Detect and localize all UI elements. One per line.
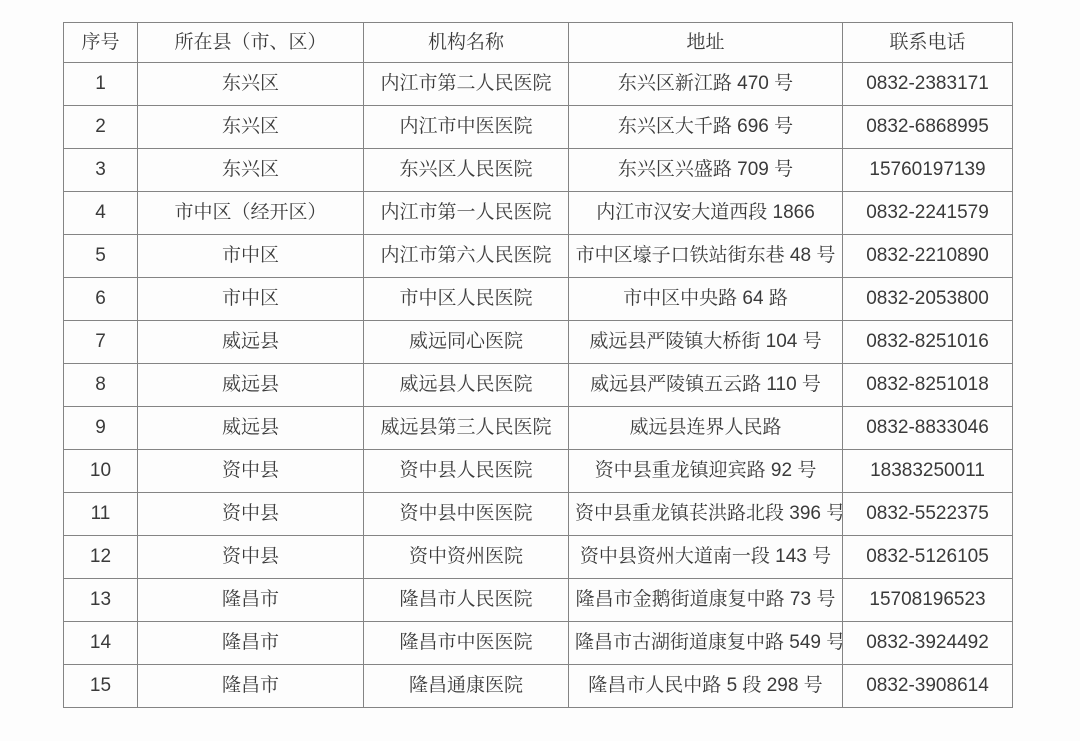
cell-address: 隆昌市古湖街道康复中路 549 号 (569, 622, 843, 665)
table-row: 4市中区（经开区）内江市第一人民医院内江市汉安大道西段 18660832-224… (64, 192, 1013, 235)
cell-county: 东兴区 (138, 149, 364, 192)
cell-phone: 0832-8251018 (843, 364, 1013, 407)
cell-institution: 隆昌市中医医院 (364, 622, 569, 665)
table-row: 9威远县威远县第三人民医院威远县连界人民路0832-8833046 (64, 407, 1013, 450)
cell-index: 9 (64, 407, 138, 450)
cell-phone: 0832-5522375 (843, 493, 1013, 536)
cell-institution: 资中县人民医院 (364, 450, 569, 493)
cell-address: 隆昌市金鹅街道康复中路 73 号 (569, 579, 843, 622)
cell-address: 资中县重龙镇苌洪路北段 396 号 (569, 493, 843, 536)
table-row: 8威远县威远县人民医院威远县严陵镇五云路 110 号0832-8251018 (64, 364, 1013, 407)
header-county: 所在县（市、区） (138, 23, 364, 63)
cell-address: 东兴区新江路 470 号 (569, 63, 843, 106)
cell-institution: 内江市第一人民医院 (364, 192, 569, 235)
cell-county: 资中县 (138, 493, 364, 536)
cell-county: 资中县 (138, 450, 364, 493)
cell-address: 隆昌市人民中路 5 段 298 号 (569, 665, 843, 708)
cell-address: 威远县连界人民路 (569, 407, 843, 450)
cell-phone: 0832-8833046 (843, 407, 1013, 450)
cell-index: 2 (64, 106, 138, 149)
table-row: 10资中县资中县人民医院资中县重龙镇迎宾路 92 号18383250011 (64, 450, 1013, 493)
table-header-row: 序号 所在县（市、区） 机构名称 地址 联系电话 (64, 23, 1013, 63)
table-row: 12资中县资中资州医院资中县资州大道南一段 143 号0832-5126105 (64, 536, 1013, 579)
cell-phone: 0832-2210890 (843, 235, 1013, 278)
cell-county: 威远县 (138, 321, 364, 364)
cell-index: 6 (64, 278, 138, 321)
cell-phone: 0832-2241579 (843, 192, 1013, 235)
cell-address: 市中区壕子口铁站街东巷 48 号 (569, 235, 843, 278)
table-row: 3东兴区东兴区人民医院东兴区兴盛路 709 号15760197139 (64, 149, 1013, 192)
cell-county: 隆昌市 (138, 622, 364, 665)
cell-county: 资中县 (138, 536, 364, 579)
cell-address: 东兴区兴盛路 709 号 (569, 149, 843, 192)
cell-address: 资中县重龙镇迎宾路 92 号 (569, 450, 843, 493)
cell-index: 1 (64, 63, 138, 106)
cell-index: 13 (64, 579, 138, 622)
cell-county: 市中区 (138, 235, 364, 278)
cell-phone: 0832-2383171 (843, 63, 1013, 106)
table-row: 6市中区市中区人民医院市中区中央路 64 路0832-2053800 (64, 278, 1013, 321)
cell-institution: 隆昌市人民医院 (364, 579, 569, 622)
header-index: 序号 (64, 23, 138, 63)
cell-county: 隆昌市 (138, 665, 364, 708)
cell-institution: 内江市第六人民医院 (364, 235, 569, 278)
cell-county: 隆昌市 (138, 579, 364, 622)
table-row: 1东兴区内江市第二人民医院东兴区新江路 470 号0832-2383171 (64, 63, 1013, 106)
hospital-contact-table: 序号 所在县（市、区） 机构名称 地址 联系电话 1东兴区内江市第二人民医院东兴… (63, 22, 1013, 708)
cell-institution: 内江市中医医院 (364, 106, 569, 149)
cell-institution: 内江市第二人民医院 (364, 63, 569, 106)
cell-county: 市中区（经开区） (138, 192, 364, 235)
table-row: 5市中区内江市第六人民医院市中区壕子口铁站街东巷 48 号0832-221089… (64, 235, 1013, 278)
cell-institution: 资中资州医院 (364, 536, 569, 579)
table-header: 序号 所在县（市、区） 机构名称 地址 联系电话 (64, 23, 1013, 63)
cell-phone: 15708196523 (843, 579, 1013, 622)
cell-institution: 隆昌通康医院 (364, 665, 569, 708)
cell-index: 5 (64, 235, 138, 278)
cell-phone: 0832-6868995 (843, 106, 1013, 149)
cell-index: 15 (64, 665, 138, 708)
cell-index: 7 (64, 321, 138, 364)
cell-address: 内江市汉安大道西段 1866 (569, 192, 843, 235)
cell-address: 东兴区大千路 696 号 (569, 106, 843, 149)
table-row: 11资中县资中县中医医院资中县重龙镇苌洪路北段 396 号0832-552237… (64, 493, 1013, 536)
cell-phone: 0832-8251016 (843, 321, 1013, 364)
cell-institution: 威远县人民医院 (364, 364, 569, 407)
cell-phone: 18383250011 (843, 450, 1013, 493)
cell-phone: 15760197139 (843, 149, 1013, 192)
cell-county: 威远县 (138, 407, 364, 450)
cell-address: 威远县严陵镇大桥街 104 号 (569, 321, 843, 364)
header-institution: 机构名称 (364, 23, 569, 63)
cell-county: 东兴区 (138, 63, 364, 106)
cell-institution: 东兴区人民医院 (364, 149, 569, 192)
cell-index: 12 (64, 536, 138, 579)
header-address: 地址 (569, 23, 843, 63)
cell-index: 8 (64, 364, 138, 407)
cell-institution: 市中区人民医院 (364, 278, 569, 321)
cell-phone: 0832-3924492 (843, 622, 1013, 665)
cell-index: 4 (64, 192, 138, 235)
table-row: 13隆昌市隆昌市人民医院隆昌市金鹅街道康复中路 73 号15708196523 (64, 579, 1013, 622)
cell-institution: 威远县第三人民医院 (364, 407, 569, 450)
page: 序号 所在县（市、区） 机构名称 地址 联系电话 1东兴区内江市第二人民医院东兴… (0, 0, 1080, 741)
table-row: 15隆昌市隆昌通康医院隆昌市人民中路 5 段 298 号0832-3908614 (64, 665, 1013, 708)
table-row: 7威远县威远同心医院威远县严陵镇大桥街 104 号0832-8251016 (64, 321, 1013, 364)
cell-phone: 0832-5126105 (843, 536, 1013, 579)
cell-phone: 0832-2053800 (843, 278, 1013, 321)
table-row: 2东兴区内江市中医医院东兴区大千路 696 号0832-6868995 (64, 106, 1013, 149)
cell-phone: 0832-3908614 (843, 665, 1013, 708)
cell-institution: 威远同心医院 (364, 321, 569, 364)
cell-county: 市中区 (138, 278, 364, 321)
cell-index: 10 (64, 450, 138, 493)
table-body: 1东兴区内江市第二人民医院东兴区新江路 470 号0832-23831712东兴… (64, 63, 1013, 708)
cell-county: 东兴区 (138, 106, 364, 149)
cell-address: 资中县资州大道南一段 143 号 (569, 536, 843, 579)
cell-address: 市中区中央路 64 路 (569, 278, 843, 321)
cell-index: 3 (64, 149, 138, 192)
cell-index: 14 (64, 622, 138, 665)
cell-index: 11 (64, 493, 138, 536)
cell-institution: 资中县中医医院 (364, 493, 569, 536)
table-row: 14隆昌市隆昌市中医医院隆昌市古湖街道康复中路 549 号0832-392449… (64, 622, 1013, 665)
cell-county: 威远县 (138, 364, 364, 407)
cell-address: 威远县严陵镇五云路 110 号 (569, 364, 843, 407)
header-phone: 联系电话 (843, 23, 1013, 63)
